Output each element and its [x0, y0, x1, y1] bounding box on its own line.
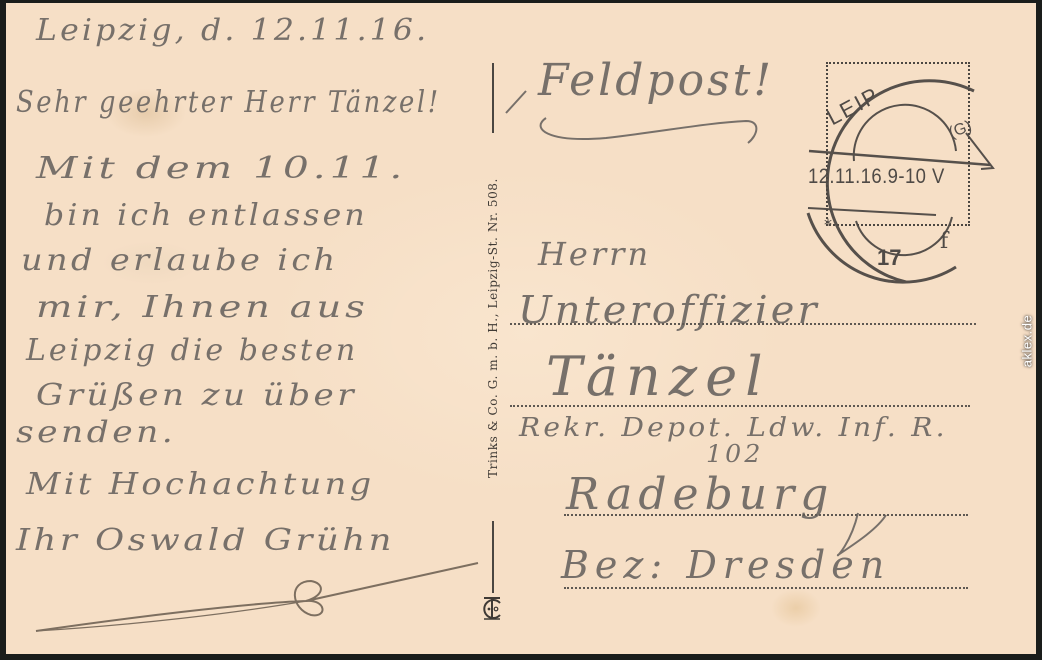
publisher-imprint: Trinks & Co. G. m. b. H., Leipzig-St. Nr…	[486, 178, 500, 478]
postmark-letter: f	[940, 229, 948, 254]
stamp-box	[826, 62, 970, 226]
message-line-2: bin ich entlassen	[44, 198, 368, 233]
address-line-2	[510, 405, 970, 407]
address-town: Radeburg	[566, 469, 834, 520]
postmark-date: 12.11.16.9-10 V	[808, 165, 945, 189]
address-unit: Rekr. Depot. Ldw. Inf. R.	[519, 413, 948, 443]
message-line-7: senden.	[16, 415, 176, 450]
signature: Ihr Oswald Grühn	[16, 523, 395, 558]
address-unit-number: 102	[706, 440, 764, 468]
watermark: aklex.de	[1020, 315, 1035, 367]
salutation: Sehr geehrter Herr Tänzel!	[16, 85, 441, 120]
message-line-6: Grüßen zu über	[36, 378, 357, 413]
address-salutation: Herrn	[538, 235, 651, 273]
address-district: Bez: Dresden	[561, 543, 890, 587]
address-line-4	[564, 587, 968, 589]
postcard: (G) Leipzig, d. 12.11.16. Sehr geehrter …	[6, 3, 1036, 654]
divider-line-bottom	[492, 521, 494, 593]
address-rank: Unteroffizier	[518, 288, 820, 332]
divider-line-top	[492, 63, 494, 133]
message-line-4: mir, Ihnen aus	[36, 290, 369, 325]
postmark-office-number: 17	[877, 245, 901, 271]
closing: Mit Hochachtung	[26, 467, 375, 502]
place-date: Leipzig, d. 12.11.16.	[36, 13, 429, 48]
tc-monogram-icon	[480, 595, 504, 621]
postmark-star-icon: *	[824, 215, 832, 234]
message-line-3: und erlaube ich	[21, 243, 339, 278]
address-line-1	[510, 323, 976, 325]
feldpost-header: Feldpost!	[538, 55, 774, 106]
address-line-3	[564, 514, 968, 516]
message-line-5: Leipzig die besten	[26, 333, 358, 368]
address-name: Tänzel	[546, 345, 770, 408]
message-line-1: Mit dem 10.11.	[36, 151, 406, 186]
